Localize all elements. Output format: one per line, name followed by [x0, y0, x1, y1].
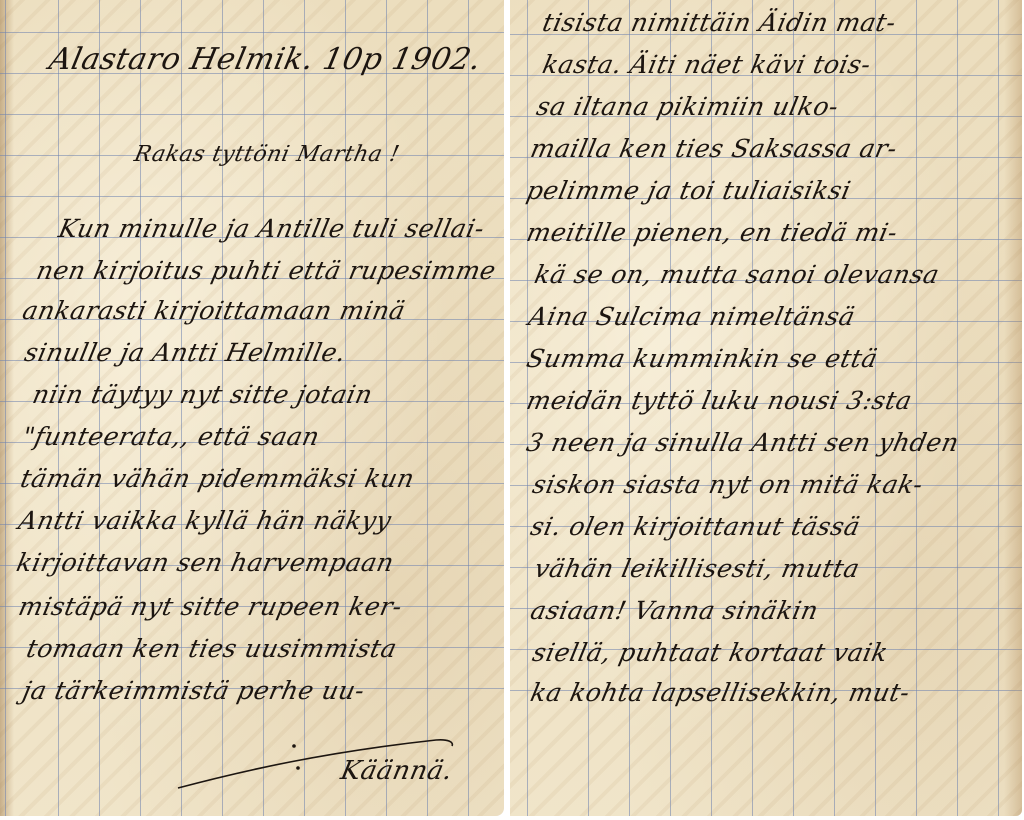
body-line: meitille pienen, en tiedä mi- — [524, 218, 900, 247]
body-line: kasta. Äiti näet kävi tois- — [540, 50, 874, 79]
letter-salutation: Rakas tyttöni Martha ! — [132, 142, 402, 167]
left-page: Alastaro Helmik. 10p 1902. Rakas tyttöni… — [0, 0, 504, 816]
body-line: vähän leikillisesti, mutta — [532, 554, 862, 583]
body-line: siskon siasta nyt on mitä kak- — [530, 470, 926, 499]
body-line: nen kirjoitus puhti että rupesimme — [34, 256, 499, 285]
turn-over-note: Käännä. — [338, 756, 456, 786]
body-line: Aina Sulcima nimeltänsä — [526, 302, 858, 331]
body-line: meidän tyttö luku nousi 3:sta — [524, 386, 915, 415]
body-line: niin täytyy nyt sitte jotain — [30, 380, 375, 409]
letter-heading: Alastaro Helmik. 10p 1902. — [46, 42, 484, 77]
body-line: kirjoittavan sen harvempaan — [14, 548, 397, 577]
letter-spread: Alastaro Helmik. 10p 1902. Rakas tyttöni… — [0, 0, 1024, 820]
body-line: Summa kumminkin se että — [524, 344, 880, 373]
body-line: sinulle ja Antti Helmille. — [22, 338, 349, 367]
right-page: tisista nimittäin Äidin mat- kasta. Äiti… — [510, 0, 1022, 816]
body-line: tisista nimittäin Äidin mat- — [540, 8, 899, 37]
body-line: pelimme ja toi tuliaisiksi — [524, 176, 854, 205]
body-line: mailla ken ties Saksassa ar- — [528, 134, 900, 163]
body-line: asiaan! Vanna sinäkin — [528, 596, 821, 625]
body-line: "funteerata,, että saan — [20, 422, 322, 451]
body-line: Antti vaikka kyllä hän näkyy — [16, 506, 394, 535]
body-line: tomaan ken ties uusimmista — [24, 634, 400, 663]
body-line: Kun minulle ja Antille tuli sellai- — [56, 214, 487, 243]
body-line: si. olen kirjoittanut tässä — [528, 512, 863, 541]
body-line: ka kohta lapsellisekkin, mut- — [528, 678, 913, 707]
body-line: 3 neen ja sinulla Antti sen yhden — [524, 428, 962, 457]
body-line: tämän vähän pidemmäksi kun — [18, 464, 417, 493]
body-line: siellä, puhtaat kortaat vaik — [530, 638, 891, 667]
body-line: ja tärkeimmistä perhe uu- — [20, 676, 367, 705]
body-line: mistäpä nyt sitte rupeen ker- — [16, 592, 405, 621]
body-line: sa iltana pikimiin ulko- — [534, 92, 841, 121]
body-line: ankarasti kirjoittamaan minä — [20, 296, 408, 325]
body-line: kä se on, mutta sanoi olevansa — [532, 260, 942, 289]
